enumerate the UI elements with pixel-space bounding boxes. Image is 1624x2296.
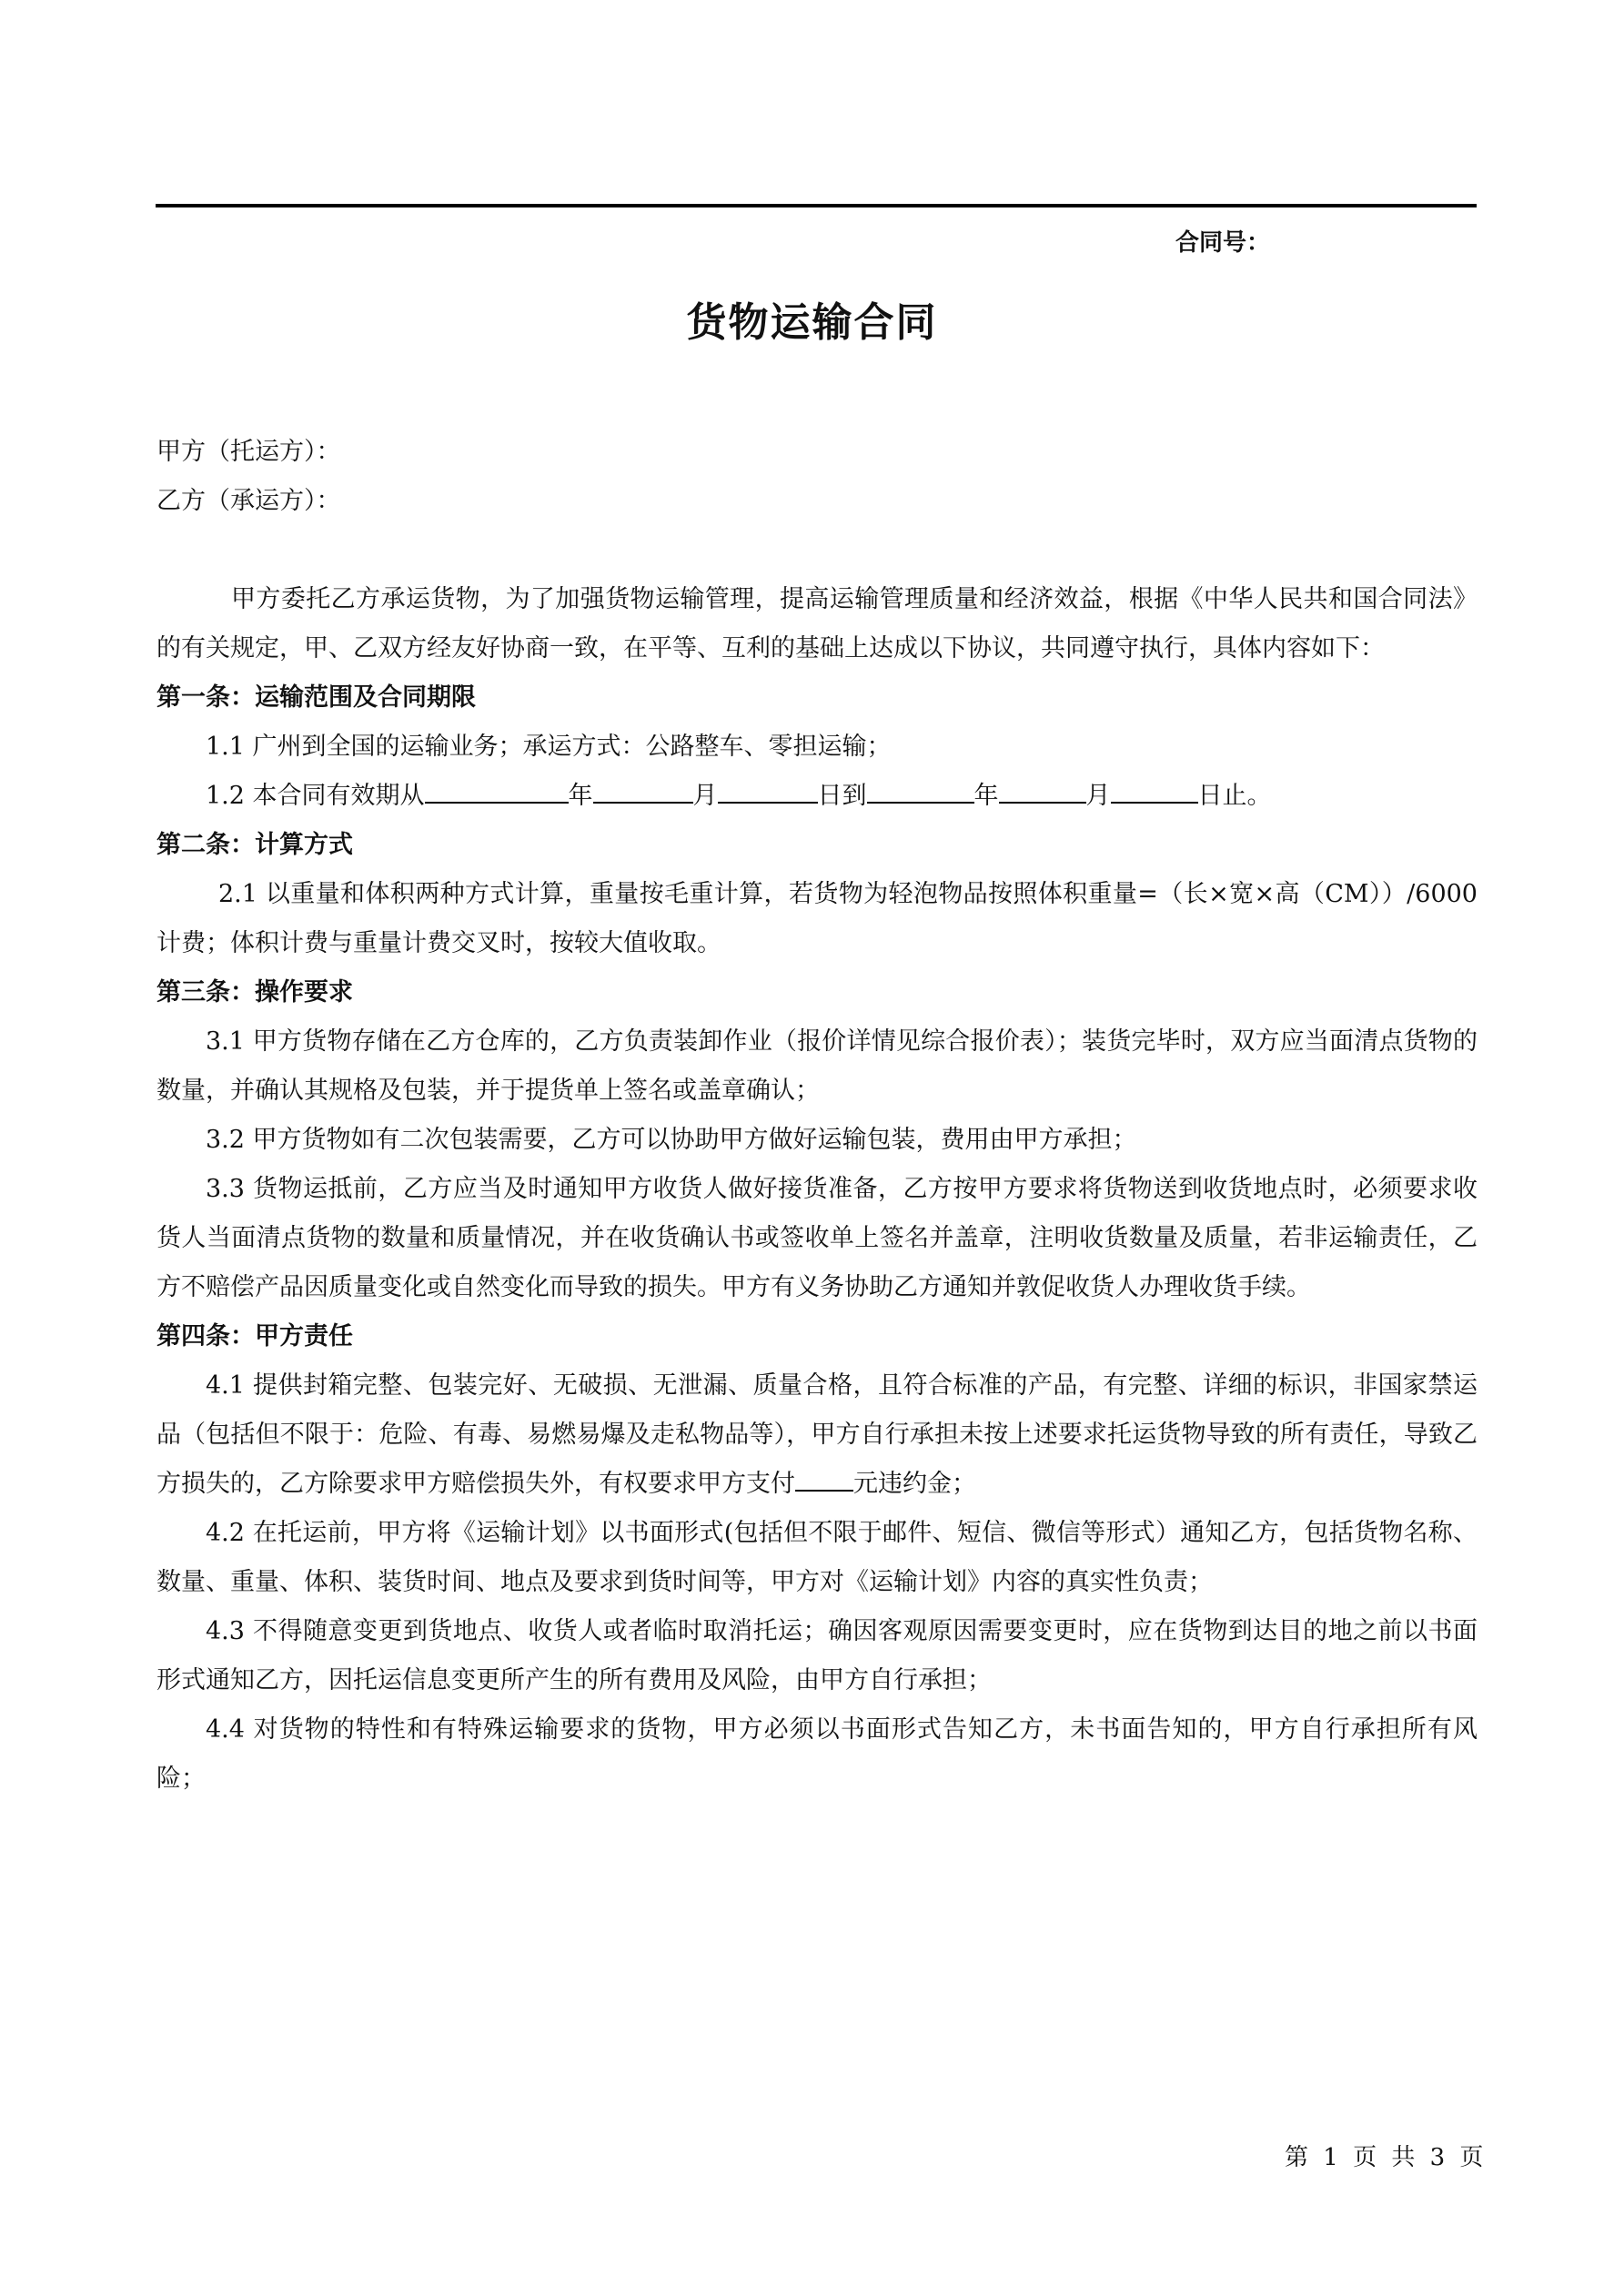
clause-4-1-suffix: 元违约金； <box>853 1470 976 1498</box>
clause-3-3: 3.3 货物运抵前，乙方应当及时通知甲方收货人做好接货准备，乙方按甲方要求将货物… <box>156 1165 1478 1312</box>
month-label: 月 <box>693 782 718 810</box>
start-month-blank[interactable] <box>593 774 693 804</box>
clause-1-2: 1.2 本合同有效期从年月日到年月日止。 <box>156 772 1478 821</box>
month-label: 月 <box>1086 782 1111 810</box>
clause-4-4: 4.4 对货物的特性和有特殊运输要求的货物，甲方必须以书面形式告知乙方，未书面告… <box>156 1705 1478 1804</box>
clause-3-2: 3.2 甲方货物如有二次包装需要，乙方可以协助甲方做好运输包装，费用由甲方承担； <box>156 1116 1478 1165</box>
page-number: 第 1 页 共 3 页 <box>1285 2139 1483 2172</box>
section-4-heading: 第四条：甲方责任 <box>156 1312 1478 1361</box>
year-label: 年 <box>974 782 999 810</box>
section-3-heading: 第三条：操作要求 <box>156 968 1478 1017</box>
party-a-line: 甲方（托运方）： <box>156 428 1478 477</box>
contract-body: 甲方（托运方）： 乙方（承运方）： 甲方委托乙方承运货物，为了加强货物运输管理，… <box>156 428 1478 1804</box>
end-year-blank[interactable] <box>867 774 974 804</box>
preamble: 甲方委托乙方承运货物，为了加强货物运输管理，提高运输管理质量和经济效益，根据《中… <box>156 575 1478 673</box>
day-to-label: 日到 <box>818 782 867 810</box>
section-1-heading: 第一条：运输范围及合同期限 <box>156 673 1478 723</box>
end-day-blank[interactable] <box>1111 774 1198 804</box>
section-2-heading: 第二条：计算方式 <box>156 821 1478 870</box>
clause-1-2-prefix: 1.2 本合同有效期从 <box>206 782 425 810</box>
clause-3-1: 3.1 甲方货物存储在乙方仓库的，乙方负责装卸作业（报价详情见综合报价表）；装货… <box>156 1017 1478 1116</box>
clause-4-2: 4.2 在托运前，甲方将《运输计划》以书面形式(包括但不限于邮件、短信、微信等形… <box>156 1509 1478 1607</box>
penalty-amount-blank[interactable] <box>795 1462 853 1492</box>
clause-1-1: 1.1 广州到全国的运输业务；承运方式：公路整车、零担运输； <box>156 723 1478 772</box>
clause-2-1: 2.1 以重量和体积两种方式计算，重量按毛重计算，若货物为轻泡物品按照体积重量=… <box>156 870 1478 968</box>
start-day-blank[interactable] <box>718 774 818 804</box>
clause-4-3: 4.3 不得随意变更到货地点、收货人或者临时取消托运；确因客观原因需要变更时，应… <box>156 1607 1478 1705</box>
clause-4-1: 4.1 提供封箱完整、包装完好、无破损、无泄漏、质量合格，且符合标准的产品，有完… <box>156 1361 1478 1509</box>
start-year-blank[interactable] <box>425 774 569 804</box>
spacer <box>156 526 1478 575</box>
header-rule <box>156 204 1477 207</box>
end-month-blank[interactable] <box>999 774 1086 804</box>
party-b-line: 乙方（承运方）： <box>156 477 1478 526</box>
year-label: 年 <box>569 782 593 810</box>
contract-number-label: 合同号： <box>1175 224 1270 258</box>
document-title: 货物运输合同 <box>0 289 1624 348</box>
day-end-label: 日止。 <box>1198 782 1272 810</box>
